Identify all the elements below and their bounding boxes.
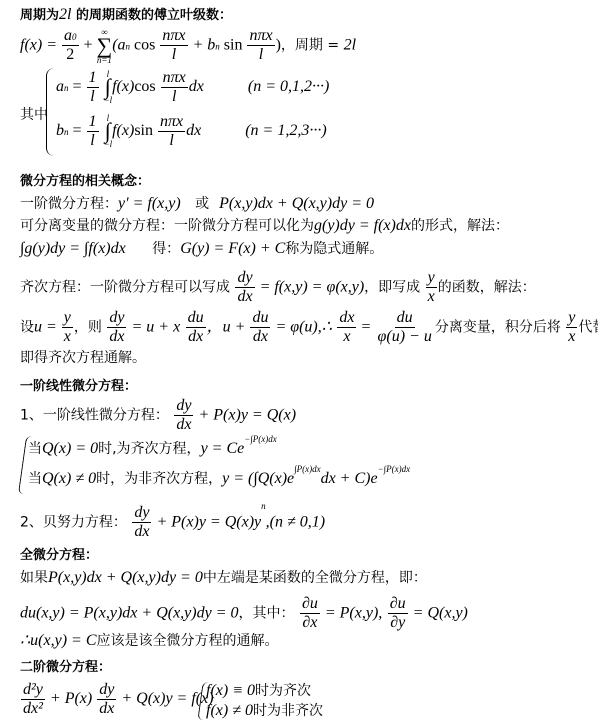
fraction-du-phi: duφ(u) − u — [376, 310, 434, 345]
heading-text: 的周期函数的傅立叶级数： — [71, 8, 232, 23]
fourier-series-formula: f(x) = a02 + ∞∑n=1(an cos nπxl + bn sin … — [20, 28, 356, 64]
equation: ，u + — [207, 319, 250, 336]
fraction-1-over-l: 1l — [87, 70, 99, 105]
bernoulli-item: 2、贝努力方程： dydx + P(x)y = Q(x)yn,(n ≠ 0,1) — [20, 505, 325, 540]
concepts-heading: 微分方程的相关概念： — [20, 170, 150, 189]
sum-symbol: ∞∑n=1 — [97, 28, 113, 64]
fraction-dy-dx: dydx — [97, 682, 116, 717]
text: 时为齐次 — [255, 683, 311, 699]
dx: dx — [189, 78, 204, 95]
numerator: dy — [132, 505, 151, 523]
equation: + P(x)y = Q(x)y — [152, 514, 261, 531]
equation: + P(x)y = Q(x) — [194, 407, 296, 424]
denominator: ∂x — [300, 614, 319, 631]
suffix: 中左端是某函数的全微分方程，即： — [203, 570, 427, 586]
numerator: du — [395, 310, 415, 328]
equation: = u + x — [127, 319, 180, 336]
suffix: 的形式，解法： — [411, 218, 509, 234]
linear-heading: 一阶线性微分方程： — [20, 375, 137, 394]
numerator: y — [426, 270, 437, 288]
denominator: l — [167, 132, 175, 149]
exponent: −∫P(x)dx — [378, 464, 411, 474]
fraction-y-x: yx — [62, 310, 73, 345]
cos: cos — [134, 78, 155, 95]
solution: y = (∫Q(x)e — [222, 470, 294, 487]
exact-line-2: du(x,y) = P(x,y)dx + Q(x,y)dy = 0，其中： ∂u… — [20, 596, 468, 631]
numerator: dy — [97, 682, 116, 700]
label: 如果 — [20, 570, 48, 586]
fraction-npix-over-l: nπxl — [247, 28, 274, 63]
condition: ,(n ≠ 0,1) — [266, 514, 325, 531]
equation: P(x,y)dx + Q(x,y)dy = 0 — [48, 569, 203, 586]
equation: du(x,y) = P(x,y)dx + Q(x,y)dy = 0 — [20, 605, 239, 622]
label: 齐次方程：一阶微分方程可以写成 — [20, 280, 230, 296]
denominator: dx — [97, 700, 116, 717]
fraction-npix-over-l: nπxl — [158, 114, 185, 149]
equation: P(x,y)dx + Q(x,y)dy = 0 — [219, 195, 374, 212]
fraction-dx-x: dxx — [337, 310, 356, 345]
sin: sin — [220, 37, 243, 54]
first-order-line: 一阶微分方程：y′ = f(x,y) 或P(x,y)dx + Q(x,y)dy … — [20, 193, 374, 213]
numerator: nπx — [160, 28, 187, 46]
period-value: 2l — [344, 37, 356, 54]
text: 时为非齐次 — [253, 703, 323, 719]
denominator: l — [170, 46, 178, 63]
numerator: du — [186, 310, 206, 328]
numerator: dy — [174, 398, 193, 416]
denominator: x — [426, 288, 437, 305]
fourier-heading: 周期为2l 的周期函数的傅立叶级数： — [20, 4, 232, 24]
text: 分离变量，积分后将 — [435, 320, 561, 336]
fraction-dy-dx: dydx — [174, 398, 193, 433]
denominator: l — [257, 46, 265, 63]
denominator: dx — [186, 328, 205, 345]
denominator: x — [566, 328, 577, 345]
denominator: dx — [132, 523, 151, 540]
linear-item-1: 1、一阶线性微分方程： dydx + P(x)y = Q(x) — [20, 398, 296, 433]
fraction-1-over-l: 1l — [87, 114, 99, 149]
equation: = Q(x,y) — [409, 605, 468, 622]
equals: = — [69, 122, 86, 139]
formula-lhs: f(x) = — [20, 37, 61, 54]
where-label: 其中 — [20, 104, 48, 124]
period-label: ，周期 = — [281, 38, 344, 54]
substitution-line: 设u = yx，则 dydx = u + x dudx，u + dudx = φ… — [20, 310, 598, 345]
numerator: nπx — [161, 70, 188, 88]
fraction-dy-dx: dydx — [107, 310, 126, 345]
text: 时，为非齐次方程， — [96, 471, 222, 487]
denominator: l — [88, 132, 96, 149]
exponent: n — [261, 501, 266, 511]
numerator: 1 — [87, 70, 99, 88]
fraction-du-dx: dudx — [186, 310, 206, 345]
condition: f(x) ≡ 0 — [206, 682, 255, 699]
denominator: 2 — [64, 46, 76, 63]
second-order-heading: 二阶微分方程： — [20, 656, 111, 675]
exact-line-3: ∴u(x,y) = C应该是该全微分方程的通解。 — [20, 630, 279, 650]
denominator: ∂y — [388, 614, 407, 631]
left-brace — [46, 68, 55, 156]
numerator: dy — [107, 310, 126, 328]
exponent: −∫P(x)dx — [244, 434, 277, 444]
linear-case-nonhomogeneous: 当Q(x) ≠ 0时，为非齐次方程，y = (∫Q(x)e∫P(x)dxdx +… — [28, 468, 410, 488]
a0: a — [64, 27, 72, 44]
numerator: ∂u — [300, 596, 320, 614]
equation: = P(x,y), — [321, 605, 382, 622]
label: 得： — [152, 241, 180, 257]
solution: dx + C)e — [321, 470, 378, 487]
homogeneous-line: 齐次方程：一阶微分方程可以写成 dydx = f(x,y) = φ(x,y)，即… — [20, 270, 536, 305]
or-text: 或 — [195, 196, 209, 212]
label: 可分离变量的微分方程：一阶微分方程可以化为 — [20, 218, 314, 234]
numerator: nπx — [158, 114, 185, 132]
integral-symbol: l∫−l — [104, 115, 113, 149]
sum-bottom: n=1 — [97, 56, 112, 64]
denominator: l — [170, 88, 178, 105]
numerator: d²y — [21, 682, 45, 700]
numerator: dy — [235, 270, 254, 288]
fraction-du-dx: dudx — [250, 310, 270, 345]
condition: Q(x) = 0 — [42, 440, 98, 457]
equation: y′ = f(x,y) — [118, 195, 181, 212]
denominator: dx — [107, 328, 126, 345]
text: ，其中： — [239, 606, 295, 622]
label: 当 — [28, 441, 42, 457]
label: 当 — [28, 471, 42, 487]
solution: y = Ce — [201, 440, 245, 457]
an-range: (n = 0,1,2···) — [248, 78, 329, 95]
cos: cos — [130, 37, 155, 54]
condition: Q(x) ≠ 0 — [42, 470, 96, 487]
equation: ∫g(y)dy = ∫f(x)dx — [20, 240, 126, 257]
equation: = φ(u),∴ — [271, 319, 331, 336]
numerator: du — [250, 310, 270, 328]
equals: = — [69, 78, 86, 95]
denominator: dx — [251, 328, 270, 345]
separable-line: 可分离变量的微分方程：一阶微分方程可以化为g(y)dy = f(x)dx的形式，… — [20, 215, 509, 235]
exponent: ∫P(x)dx — [294, 464, 320, 474]
denominator: dx — [235, 288, 254, 305]
int-bottom: −l — [104, 141, 113, 149]
implicit-solution-line: ∫g(y)dy = ∫f(x)dx 得：G(y) = F(x) + C称为隐式通… — [20, 238, 383, 258]
linear-case-homogeneous: 当Q(x) = 0时,为齐次方程，y = Ce−∫P(x)dx — [28, 438, 277, 458]
denominator: x — [62, 328, 73, 345]
bn-range: (n = 1,2,3···) — [245, 122, 326, 139]
numerator: 1 — [87, 114, 99, 132]
term: + P(x) — [46, 690, 92, 707]
u-eq: u = — [34, 319, 61, 336]
label: 一阶微分方程： — [20, 196, 118, 212]
fraction-npix-over-l: nπxl — [160, 28, 187, 63]
second-order-case-homogeneous: f(x) ≡ 0时为齐次 — [206, 680, 311, 700]
numerator: dx — [337, 310, 356, 328]
denominator: x — [341, 328, 352, 345]
denominator: l — [88, 88, 96, 105]
equals: = — [357, 319, 374, 336]
text: 时,为齐次方程， — [98, 441, 200, 457]
fraction-dy-dx: dydx — [132, 505, 151, 540]
heading-var: 2l — [59, 6, 71, 23]
bn-formula: bn = 1l l∫−lf(x)sin nπxldx (n = 1,2,3···… — [56, 114, 327, 149]
fx: f(x) — [112, 122, 134, 139]
term-bn: + b — [193, 37, 216, 54]
fraction-dy-dx: dydx — [235, 270, 254, 305]
label: 1、一阶线性微分方程： — [20, 408, 169, 424]
label: 设 — [20, 320, 34, 336]
numerator: nπx — [247, 28, 274, 46]
label: 2、贝努力方程： — [20, 515, 127, 531]
fraction-y-x: yx — [426, 270, 437, 305]
text: ，即写成 — [364, 280, 420, 296]
exact-line-1: 如果P(x,y)dx + Q(x,y)dy = 0中左端是某函数的全微分方程，即… — [20, 567, 427, 587]
dx: dx — [186, 122, 201, 139]
fraction-y-x: yx — [566, 310, 577, 345]
fraction-a0-over-2: a02 — [62, 28, 79, 63]
text: 代替 — [578, 320, 598, 336]
equation: = f(x,y) = φ(x,y) — [256, 279, 365, 296]
denominator: φ(u) − u — [376, 328, 434, 345]
sin: sin — [134, 122, 153, 139]
numerator: y — [566, 310, 577, 328]
homogeneous-final-line: 即得齐次方程通解。 — [20, 347, 146, 367]
a0-sub: 0 — [72, 32, 77, 42]
suffix: 称为隐式通解。 — [285, 241, 383, 257]
an: a — [56, 78, 64, 95]
heading-text: 周期为 — [20, 8, 59, 23]
text: ，则 — [74, 320, 102, 336]
an-formula: an = 1l l∫−lf(x)cos nπxldx (n = 0,1,2···… — [56, 70, 329, 105]
equation: ∴u(x,y) = C — [20, 632, 97, 649]
int-bottom: −l — [104, 97, 113, 105]
second-order-case-nonhomogeneous: f(x) ≠ 0时为非齐次 — [206, 700, 323, 720]
numerator: y — [62, 310, 73, 328]
denominator: dx — [174, 416, 193, 433]
condition: f(x) ≠ 0 — [206, 702, 253, 719]
integral-symbol: l∫−l — [104, 71, 113, 105]
equation: g(y)dy = f(x)dx — [314, 217, 411, 234]
denominator: dx² — [21, 700, 45, 717]
numerator: ∂u — [388, 596, 408, 614]
fraction-du-dx: ∂u∂x — [300, 596, 320, 631]
exact-heading: 全微分方程： — [20, 544, 98, 563]
suffix: 的函数，解法： — [438, 280, 536, 296]
suffix: 应该是该全微分方程的通解。 — [97, 633, 279, 649]
fx: f(x) — [112, 78, 134, 95]
second-order-equation: d²ydx² + P(x) dydx + Q(x)y = f(x) — [20, 682, 214, 717]
fraction-d2y-dx2: d²ydx² — [21, 682, 45, 717]
fraction-du-dy: ∂u∂y — [388, 596, 408, 631]
term-an: (a — [112, 37, 125, 54]
fraction-npix-over-l: nπxl — [161, 70, 188, 105]
plus: + — [84, 37, 97, 54]
bn: b — [56, 122, 64, 139]
equation: G(y) = F(x) + C — [180, 240, 285, 257]
sum-sign: ∑ — [97, 36, 113, 56]
